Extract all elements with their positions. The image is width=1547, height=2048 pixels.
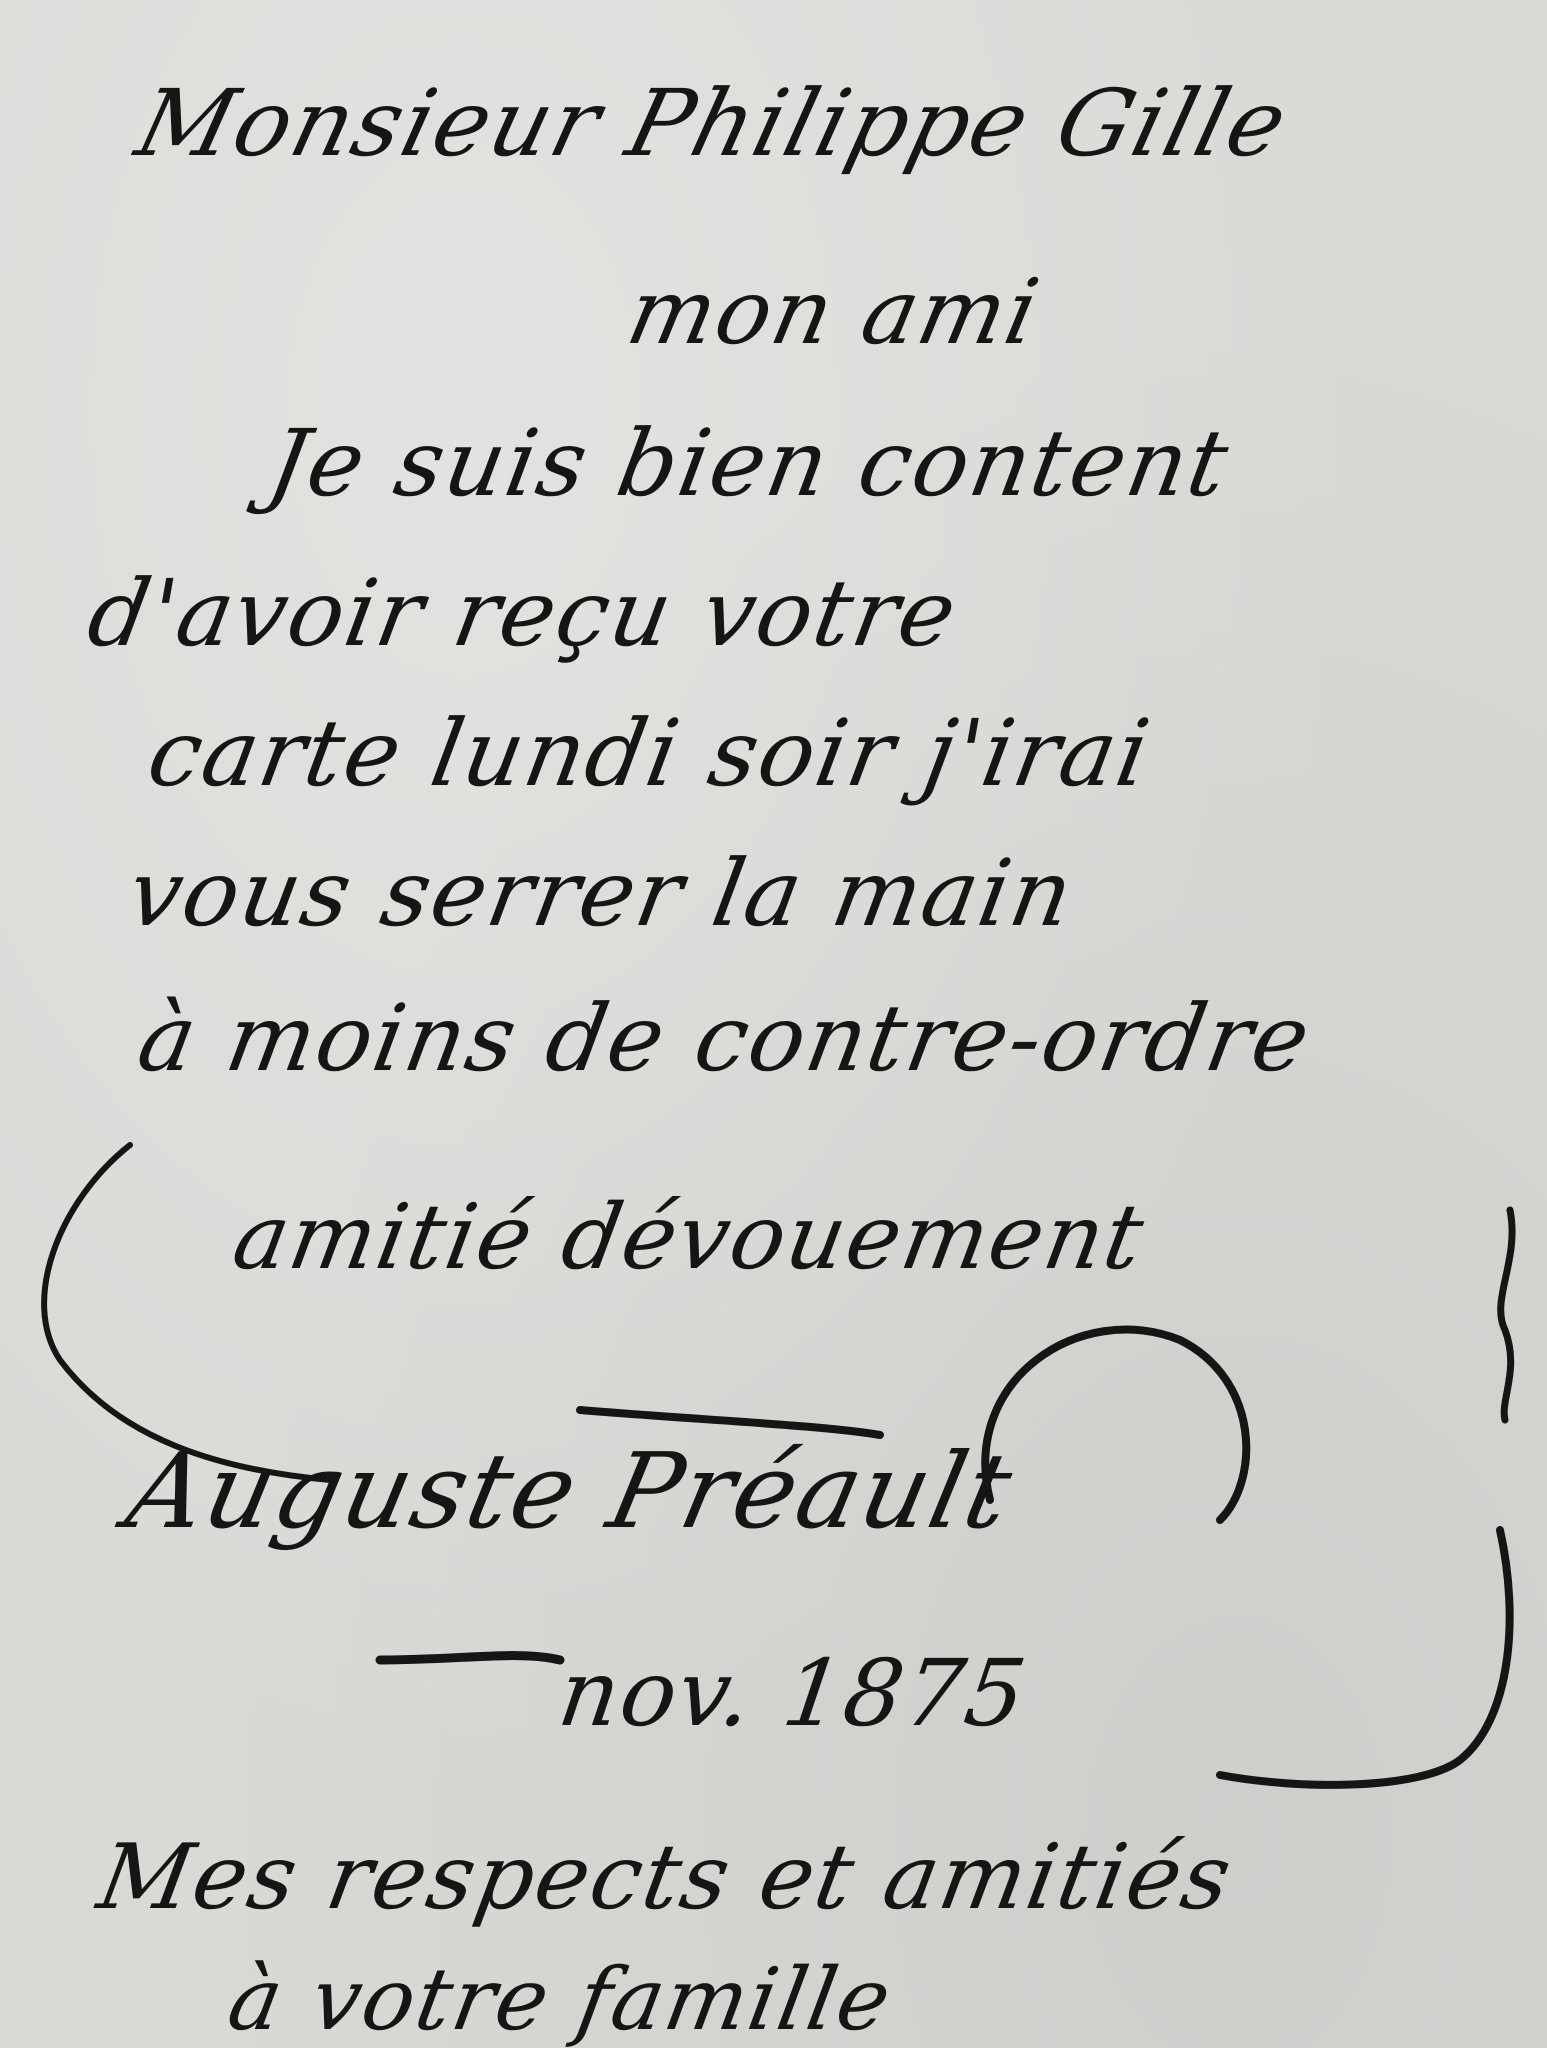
postscript-line: Mes respects et amitiés xyxy=(91,1825,1241,1930)
postscript-line: à votre famille xyxy=(221,1950,900,2048)
closing: amitié dévouement xyxy=(226,1185,1153,1290)
body-line: d'avoir reçu votre xyxy=(81,560,966,667)
body-line: à moins de contre-ordre xyxy=(131,985,1320,1092)
body-line: vous serrer la main xyxy=(121,840,1083,947)
salutation: mon ami xyxy=(619,260,1049,365)
date: nov. 1875 xyxy=(552,1640,1033,1747)
body-line: Je suis bien content xyxy=(261,410,1238,517)
signature: Auguste Préault xyxy=(117,1430,1024,1552)
body-line: carte lundi soir j'irai xyxy=(141,700,1159,807)
address-line: Monsieur Philippe Gille xyxy=(127,70,1299,177)
letter-page: Monsieur Philippe Gille mon ami Je suis … xyxy=(0,0,1547,2048)
